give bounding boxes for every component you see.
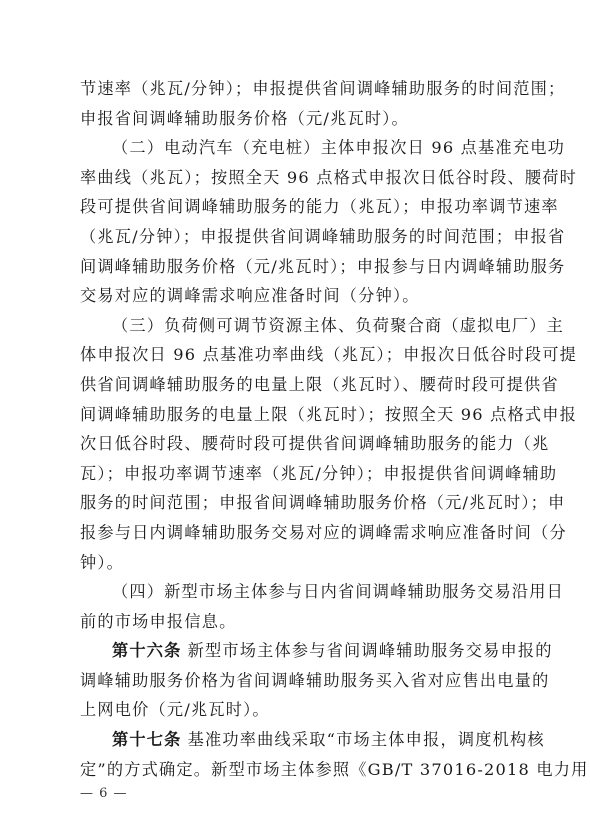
text-line: （三）负荷侧可调节资源主体、负荷聚合商（虚拟电厂）主 bbox=[80, 311, 512, 341]
text-line: 体申报次日 96 点基准功率曲线（兆瓦）；申报次日低谷时段可提 bbox=[80, 340, 512, 370]
text-line: 瓦）；申报功率调节速率（兆瓦/分钟）；申报提供省间调峰辅助 bbox=[80, 459, 512, 489]
text-line: 交易对应的调峰需求响应准备时间（分钟）。 bbox=[80, 281, 512, 311]
text-line: 率曲线（兆瓦）；按照全天 96 点格式申报次日低谷时段、腰荷时 bbox=[80, 163, 512, 193]
text-line: 供省间调峰辅助服务的电量上限（兆瓦时）、腰荷时段可提供省 bbox=[80, 370, 512, 400]
text-line: 间调峰辅助服务的电量上限（兆瓦时）；按照全天 96 点格式申报 bbox=[80, 400, 512, 430]
article-text: 基准功率曲线采取“市场主体申报，调度机构核 bbox=[188, 730, 545, 749]
article-16-line: 第十六条新型市场主体参与省间调峰辅助服务交易申报的 bbox=[80, 636, 512, 666]
text-line: 前的市场申报信息。 bbox=[80, 607, 512, 637]
text-line: 定”的方式确定。新型市场主体参照《GB/T 37016-2018 电力用 bbox=[80, 755, 512, 785]
text-line: 申报省间调峰辅助服务价格（元/兆瓦时）。 bbox=[80, 104, 512, 134]
article-text: 新型市场主体参与省间调峰辅助服务交易申报的 bbox=[188, 641, 553, 660]
text-line: （四）新型市场主体参与日内省间调峰辅助服务交易沿用日 bbox=[80, 577, 512, 607]
text-line: 钟）。 bbox=[80, 548, 512, 578]
article-17-line: 第十七条基准功率曲线采取“市场主体申报，调度机构核 bbox=[80, 725, 512, 755]
text-line: 报参与日内调峰辅助服务交易对应的调峰需求响应准备时间（分 bbox=[80, 518, 512, 548]
text-line: 间调峰辅助服务价格（元/兆瓦时）；申报参与日内调峰辅助服务 bbox=[80, 252, 512, 282]
text-line: 次日低谷时段、腰荷时段可提供省间调峰辅助服务的能力（兆 bbox=[80, 429, 512, 459]
text-line: 节速率（兆瓦/分钟）；申报提供省间调峰辅助服务的时间范围； bbox=[80, 74, 512, 104]
document-page: 节速率（兆瓦/分钟）；申报提供省间调峰辅助服务的时间范围； 申报省间调峰辅助服务… bbox=[0, 0, 590, 834]
text-line: 调峰辅助服务价格为省间调峰辅助服务买入省对应售出电量的 bbox=[80, 666, 512, 696]
text-line: 服务的时间范围；申报省间调峰辅助服务价格（元/兆瓦时）；申 bbox=[80, 488, 512, 518]
text-line: 上网电价（元/兆瓦时）。 bbox=[80, 695, 512, 725]
text-line: 段可提供省间调峰辅助服务的能力（兆瓦）；申报功率调节速率 bbox=[80, 192, 512, 222]
document-body: 节速率（兆瓦/分钟）；申报提供省间调峰辅助服务的时间范围； 申报省间调峰辅助服务… bbox=[80, 74, 512, 784]
article-label: 第十七条 bbox=[112, 730, 182, 749]
page-number: — 6 — bbox=[80, 784, 128, 804]
text-line: （兆瓦/分钟）；申报提供省间调峰辅助服务的时间范围；申报省 bbox=[80, 222, 512, 252]
text-line: （二）电动汽车（充电桩）主体申报次日 96 点基准充电功 bbox=[80, 133, 512, 163]
article-label: 第十六条 bbox=[112, 641, 182, 660]
